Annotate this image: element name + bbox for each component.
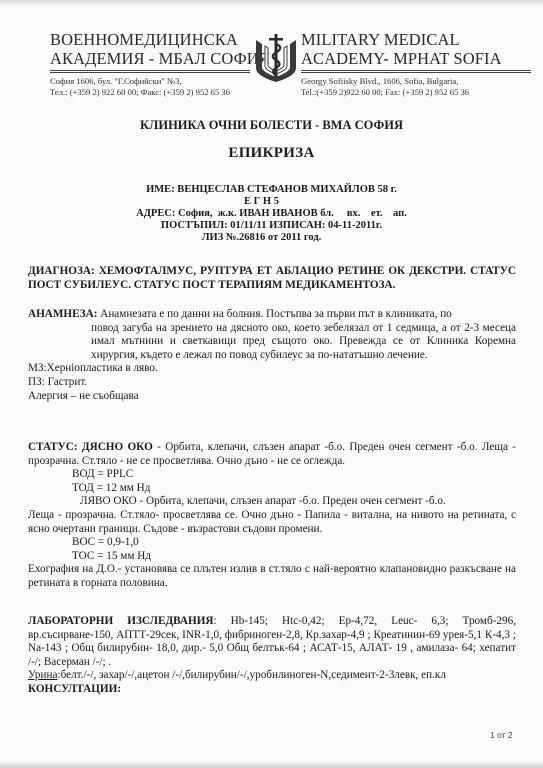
diagnosis-label: ДИАГНОЗА: — [28, 265, 95, 277]
left-eye-tension: ТОС = 15 мм Нд — [28, 550, 516, 564]
scan-edge — [0, 760, 543, 768]
admission-dates: ПОСТЪПИЛ: 01/11/11 ИЗПИСАН: 04-11-2011г. — [0, 220, 543, 232]
anamnesis-section: АНАМНЕЗА: Анамнезата е по данни на болни… — [28, 308, 516, 403]
institution-name-bg-line1: ВОЕННОМЕДИЦИНСКА — [50, 30, 250, 49]
consultations-label: КОНСУЛТАЦИИ: — [28, 683, 516, 697]
diagnosis-text: ХЕМОФТАЛМУС, РУПТУРА ЕТ АБЛАЦИО РЕТИНЕ О… — [28, 265, 516, 291]
institution-name-en-line1: MILITARY MEDICAL — [301, 30, 531, 49]
patient-address: АДРЕС: София, ж.к. ИВАН ИВАНОВ бл. вх. е… — [0, 208, 543, 220]
urine-text: :белт./-/, захар/-/,ацетон /-/,билирубин… — [57, 669, 445, 681]
right-eye-tension: ТОД = 12 мм Нд — [28, 482, 516, 496]
diagnosis-section: ДИАГНОЗА: ХЕМОФТАЛМУС, РУПТУРА ЕТ АБЛАЦИ… — [28, 264, 516, 292]
anamnesis-mz: МЗ:Хернiопластика в ляво. — [28, 362, 516, 376]
anamnesis-first-line: Анамнезата е по данни на болния. Постъпв… — [97, 308, 451, 320]
status-label: СТАТУС: — [28, 441, 78, 453]
phone-fax-en: Tel.:(+359 2)922 60 00; Fax: (+359 2) 95… — [301, 87, 531, 98]
right-eye-visus: ВОД = PPLC — [28, 468, 516, 482]
urine-label: Урина — [28, 669, 57, 681]
anamnesis-pz: ПЗ: Гастрит. — [28, 376, 516, 390]
right-eye-label: ДЯСНО ОКО — [78, 441, 153, 453]
page-number: 1 от 2 — [490, 730, 513, 740]
labs-section: ЛАБОРАТОРНИ ИЗСЛЕДВАНИЯ: Hb-145; Htc-0,4… — [28, 615, 516, 697]
left-eye-text: Леща - прозрачна. Ст.тяло- просветлява с… — [28, 509, 516, 536]
clinic-name: КЛИНИКА ОЧНИ БОЛЕСТИ - ВМА СОФИЯ — [0, 118, 543, 133]
anamnesis-allergy: Алергия – не съобщава — [28, 390, 516, 404]
institution-name-bg-line2: АКАДЕМИЯ - МБАЛ СОФИЯ — [50, 49, 250, 68]
document-page: ВОЕННОМЕДИЦИНСКА АКАДЕМИЯ - МБАЛ СОФИЯ С… — [0, 0, 543, 768]
address-bg: София 1606, бул. "Г.Софийски" №3, — [50, 76, 250, 87]
caduceus-shield-logo-icon — [252, 32, 300, 84]
phone-fax-bg: Тел.: (+359 2) 922 60 00; Факс: (+359 2)… — [50, 87, 250, 98]
letterhead-rule — [301, 70, 531, 73]
patient-name: ИМЕ: ВЕНЦЕСЛАВ СТЕФАНОВ МИХАЙЛОВ 58 г. — [0, 184, 543, 196]
record-number: ЛИЗ №.26816 от 2011 год. — [0, 232, 533, 244]
letterhead-english: MILITARY MEDICAL ACADEMY- MPHAT SOFIA Ge… — [301, 30, 531, 97]
letterhead-rule — [50, 70, 250, 73]
echography-text: Ехография на Д.О.- установява се плътен … — [28, 563, 516, 590]
left-eye-first-line: ЛЯВО ОКО - Орбита, клепачи, слъзен апара… — [28, 495, 516, 509]
anamnesis-label: АНАМНЕЗА: — [28, 308, 97, 320]
anamnesis-continuation: повод загуба на зрението на дясното око,… — [28, 322, 516, 363]
document-title: ЕПИКРИЗА — [0, 145, 543, 162]
address-en: Georgy Sofiisky Blvd., 1606, Sofia, Bulg… — [301, 76, 531, 87]
status-section: СТАТУС: ДЯСНО ОКО - Орбита, клепачи, слъ… — [28, 441, 516, 591]
patient-egn: Е Г Н 5 — [0, 196, 533, 208]
labs-label: ЛАБОРАТОРНИ ИЗСЛЕДВАНИЯ — [28, 615, 213, 627]
left-eye-visus: ВОС = 0,9-1,0 — [28, 536, 516, 550]
institution-name-en-line2: ACADEMY- MPHAT SOFIA — [301, 49, 531, 68]
scan-edge — [0, 0, 543, 6]
letterhead-bulgarian: ВОЕННОМЕДИЦИНСКА АКАДЕМИЯ - МБАЛ СОФИЯ С… — [50, 30, 250, 97]
